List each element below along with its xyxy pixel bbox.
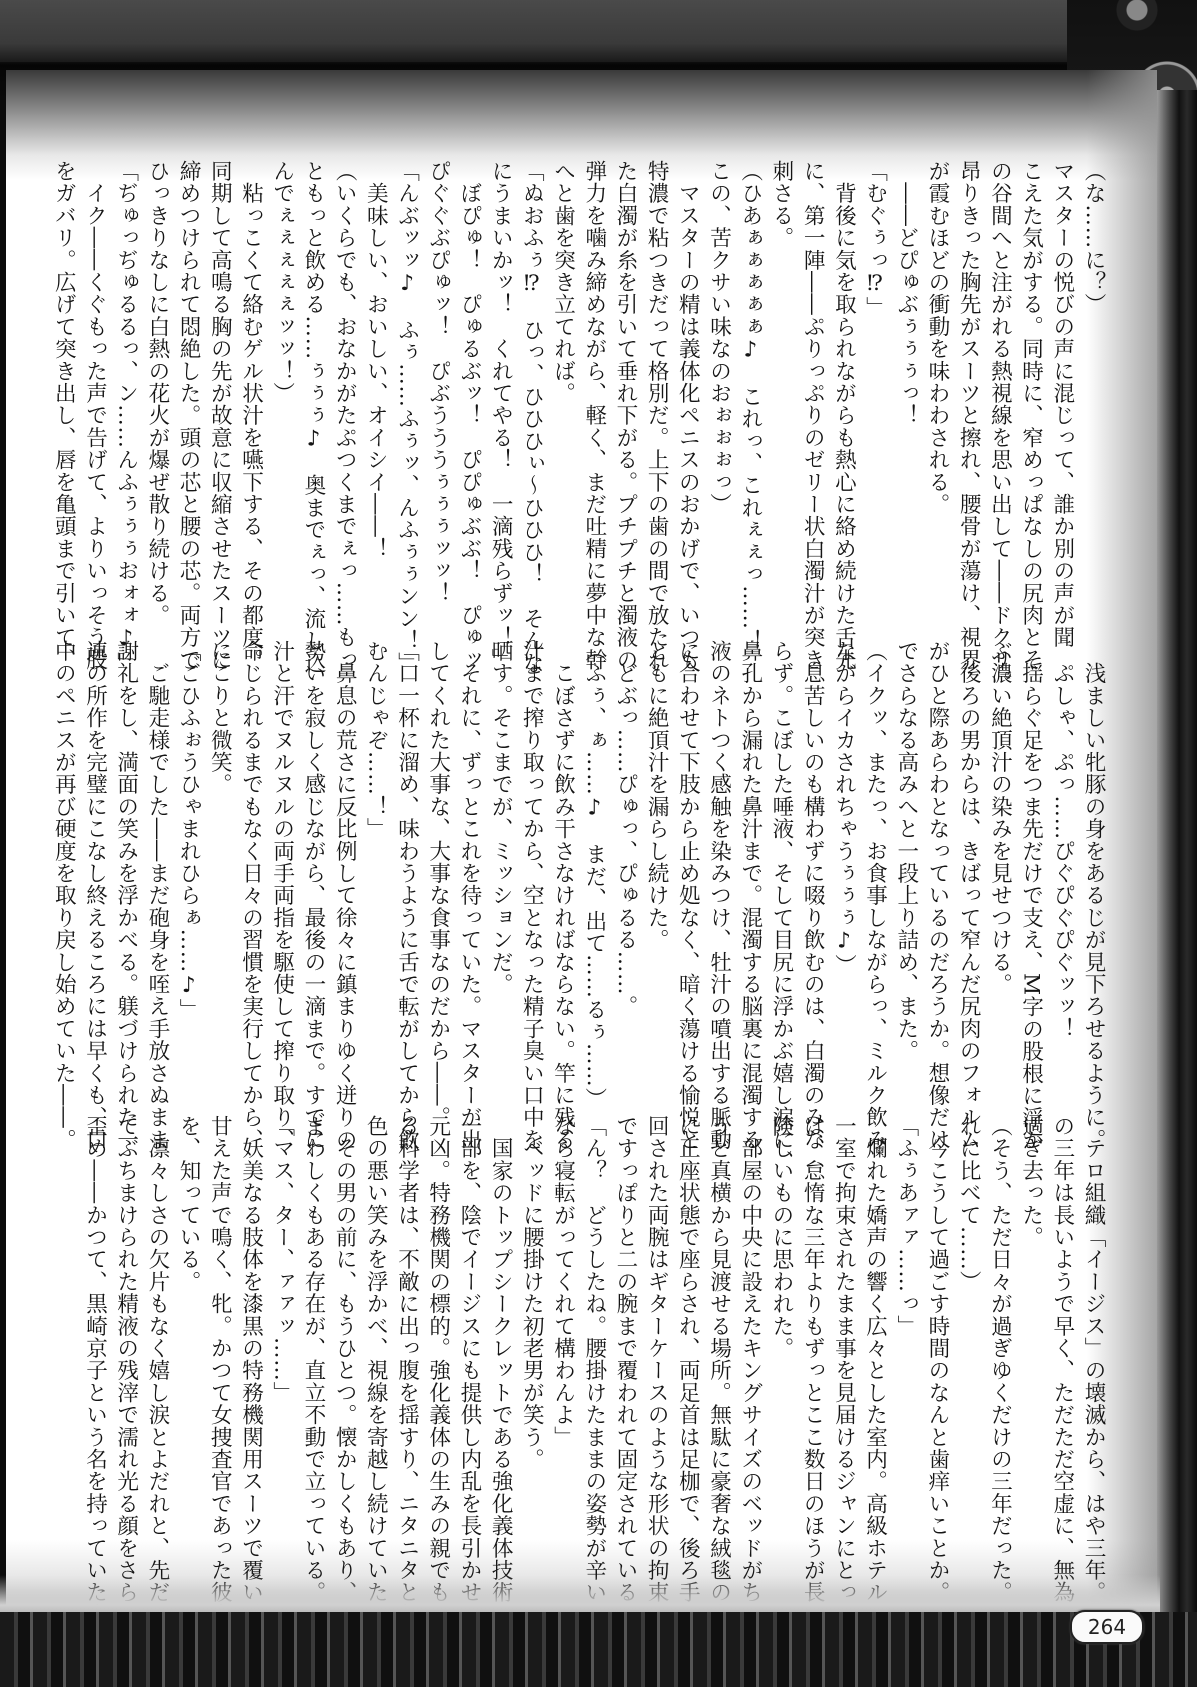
text-column: にうまいかッ！ くれてやる！ 一滴残らずッ！」 — [485, 160, 516, 590]
text-column: ぴぐぐぶぴゅッ！ ぴぶうううぅぅぅッッ！ — [423, 160, 454, 590]
text-column: テロ組織「イージス」の壊滅から、はや三年。そ — [1078, 1115, 1109, 1560]
text-column: を、知っている。 — [173, 1115, 204, 1560]
text-column: 液のネトつく感触を染みつけ、牡汁の噴出する脈動 — [703, 640, 734, 1070]
text-column: 謝礼をし、満面の笑みを浮かべる。躾づけられた一 — [111, 640, 142, 1070]
text-column: ぶ濃い絶頂汁の染みを見せつける。 — [984, 640, 1015, 1070]
text-column: ――どぴゅぶぅぅぅっ！ — [891, 160, 922, 590]
text-column: 汁まで搾り取ってから、空となった精子臭い口中を — [516, 640, 547, 1070]
text-column: 「ぬおふぅ⁉ ひっ、ひひひぃ～ひひひ！ そんな — [516, 160, 547, 590]
text-column: （ひあぁぁぁぁぁ♪ これっ、これぇぇっ……！ — [735, 160, 766, 590]
text-column: どぶっ……ぴゅっ、ぴゅるる……。 — [610, 640, 641, 1070]
text-column: 晒す。そこまでが、ミッションだ。 — [485, 640, 516, 1070]
text-column: こぼさずに飲み干さなければならない。竿に残る — [547, 640, 578, 1070]
text-column: 「ごひふぉうひゃまれひらぁ……♪」 — [173, 640, 204, 1070]
text-column: 昂りきった胸先がスーツと擦れ、腰骨が蕩け、視界 — [953, 160, 984, 590]
text-column: の谷間へと注がれる熱視線を思い出して――ドクリ。 — [984, 160, 1015, 590]
text-column: がひと際あらわとなっているのだろうか。想像だけ — [922, 640, 953, 1070]
text-column: 浅ましい牝豚の身をあるじが見下ろせるように。 — [1078, 640, 1109, 1070]
text-column: 元凶。特務機関の標的。強化義体の生みの親でもあ — [423, 1115, 454, 1560]
text-column: んでぇぇぇぇぇッッ！） — [267, 160, 298, 590]
text-column: をガバリ。広げて突き出し、唇を亀頭まで引いて、 — [48, 160, 79, 590]
text-column: 中のペニスが再び硬度を取り戻し始めていた――。 — [48, 640, 79, 1070]
text-column: ともっと飲める……ぅぅぅ♪ 奥までぇっ、流し込 — [298, 160, 329, 590]
text-column: （そう、ただ日々が過ぎゆくだけの三年だった。あ — [984, 1115, 1015, 1560]
text-column: 同期して高鳴る胸の先が故意に収縮させたスーツに — [204, 160, 235, 590]
text-column: （ふぅ、ぁ……♪ まだ、出て……るぅ……） — [579, 640, 610, 1070]
page-number-badge: 264 — [1070, 1610, 1144, 1644]
text-column: 凛々しさの欠片もなく嬉し涙とよだれと、先だっ — [142, 1115, 173, 1560]
text-column: てぶちまけられた精液の残滓で濡れ光る顔をさらに — [111, 1115, 142, 1560]
text-column: してくれた大事な、大事な食事なのだから――。 — [423, 640, 454, 1070]
text-column: の三年は長いようで早く、ただただ空虚に、無為に — [1047, 1115, 1078, 1560]
text-column: 「マス、ター、ァァッ……」 — [267, 1115, 298, 1560]
text-column: 今こうして過ごす時間のなんと歯痒いことか。 — [922, 1115, 953, 1560]
text-column: 色の悪い笑みを浮かべ、視線を寄越し続けていた。 — [360, 1115, 391, 1560]
text-column: 息苦しいのも構わずに啜り飲むのは、白濁のみな — [797, 640, 828, 1070]
text-column: た白濁が糸を引いて垂れ下がる。プチプチと濁液の — [610, 160, 641, 590]
text-column: は、怠惰な三年よりもずっとここ数日のほうが長く — [797, 1115, 828, 1560]
text-column: 「むぐぅっ⁉」 — [859, 160, 890, 590]
text-column: 「口一杯に溜め、味わうように舌で転がしてから飲 — [391, 640, 422, 1070]
text-column: が霞むほどの衝動を味わわされる。 — [922, 160, 953, 590]
decorative-frame-bottom — [0, 1612, 1197, 1687]
text-column: 連の所作を完璧にこなし終えるころには早くも、口 — [79, 640, 110, 1070]
text-column: らず。こぼした唾液、そして目尻に浮かぶ嬉し涙に、 — [766, 640, 797, 1070]
text-column: ながらイカされちゃうぅぅぅ♪） — [828, 640, 859, 1070]
text-column: 妖美なる肢体を漆黒の特務機関用スーツで覆い、 — [235, 1115, 266, 1560]
text-column: 弾力を噛み締めながら、軽く、まだ吐精に夢中な幹 — [579, 160, 610, 590]
text-column: 「ふぅあァァ……っ」 — [891, 1115, 922, 1560]
text-column: 回された両腕はギターケースのような形状の拘束具 — [641, 1115, 672, 1560]
text-column: 特濃で粘つきだって格別だ。上下の歯の間で放たれ — [641, 160, 672, 590]
text-column: （な……に？） — [1078, 160, 1109, 590]
text-column: 刺さる。 — [766, 160, 797, 590]
text-column: 「ん？ どうしたね。腰掛けたままの姿勢が辛いの — [579, 1115, 610, 1560]
text-column: 美味しい、おいしい、オイシイ――！ — [360, 160, 391, 590]
text-column: に合わせて下肢から止め処なく、暗く蕩ける愉悦と — [672, 640, 703, 1070]
text-column: マスターの精は義体化ペニスのおかげで、いつも — [672, 160, 703, 590]
text-column: ですっぽりと二の腕まで覆われて固定されている。 — [610, 1115, 641, 1560]
text-column: ご馳走様でした――まだ砲身を咥え手放さぬまま — [142, 640, 173, 1070]
text-column: 勢いを寂しく感じながら、最後の一滴まで。すでに — [298, 640, 329, 1070]
text-column: 背後に気を取られながらも熱心に絡め続けた舌先 — [828, 160, 859, 590]
text-column: なら寝転がってくれて構わんよ」 — [547, 1115, 578, 1560]
text-column: に、第一陣――ぷりっぷりのゼリー状白濁汁が突き — [797, 160, 828, 590]
text-column: 一部を、陰でイージスにも提供し内乱を長引かせた — [454, 1115, 485, 1560]
text-column: れに比べて……） — [953, 1115, 984, 1560]
text-column: 爛れた嬌声の響く広々とした室内。高級ホテルの — [859, 1115, 890, 1560]
decorative-frame-right — [1157, 90, 1197, 1650]
text-column: ぼぴゅ！ ぴゅるぶッ！ ぴぴゅぶぶ！ ぴゅッ — [454, 160, 485, 590]
text-column: この、苦クサい味なのおぉぉぉっ） — [703, 160, 734, 590]
text-column: ぷしゃ、ぷっ……ぴぐぴぐぴぐッッ！ — [1047, 640, 1078, 1070]
text-column: イク――くぐもった声で告げて、よりいっそう股 — [79, 160, 110, 590]
text-column: る科学者は、不敵に出っ腹を揺すり、ニタニタと気 — [391, 1115, 422, 1560]
text-column: 部屋の中央に設えたキングサイズのベッドがちょ — [735, 1115, 766, 1560]
text-column: 国家のトップシークレットである強化義体技術の — [485, 1115, 516, 1560]
text-band-middle: 浅ましい牝豚の身をあるじが見下ろせるように。 ぷしゃ、ぷっ……ぴぐぴぐぴぐッッ！… — [109, 640, 1109, 1070]
text-column: 険しいものに思われた。 — [766, 1115, 797, 1560]
text-column: 鼻息の荒さに反比例して徐々に鎮まりゆく迸りの — [329, 640, 360, 1070]
frame-top-panel — [0, 0, 1090, 62]
text-column: こえた気がする。同時に、窄めっぱなしの尻肉とそ — [1015, 160, 1046, 590]
text-column: 過ぎ去った。 — [1015, 1115, 1046, 1560]
text-column: 鼻孔から漏れた鼻汁まで。混濁する脳裏に混濁する — [735, 640, 766, 1070]
text-column: マスターの悦びの声に混じって、誰か別の声が聞 — [1047, 160, 1078, 590]
text-column: でさらなる高みへと一段上り詰め、また。 — [891, 640, 922, 1070]
text-column: にこりと微笑。 — [204, 640, 235, 1070]
text-column: 歪め――かつて、黒崎京子という名を持っていた肉 — [79, 1115, 110, 1560]
text-column: その男の前に、もうひとつ。懐かしくもあり、忌 — [329, 1115, 360, 1560]
text-band-top: （な……に？）マスターの悦びの声に混じって、誰か別の声が聞こえた気がする。同時に… — [109, 160, 1109, 590]
text-column: 後ろの男からは、きばって窄んだ尻肉のフォルム — [953, 640, 984, 1070]
text-column: へと歯を突き立てれば。 — [547, 160, 578, 590]
text-column: 汁と汗でヌルヌルの両手両指を駆使して搾り取り、 — [267, 640, 298, 1070]
text-column: むんじゃぞ……！」 — [360, 640, 391, 1070]
text-column: （イクッ、またっ、お食事しながらっ、ミルク飲み — [859, 640, 890, 1070]
text-column: 「ぢゅっぢゅるるっ、ン……んふぅぅぅおォォ♪」 — [111, 160, 142, 590]
text-column: 一室で拘束されたまま事を見届けるジャンにとって — [828, 1115, 859, 1560]
text-column: （いくらでも、おなかがたぷつくまでぇっ……もっ — [329, 160, 360, 590]
text-column: 揺らぐ足をつま先だけで支え、M字の股根に浮か — [1015, 640, 1046, 1070]
text-column: 命じられるまでもなく日々の習慣を実行してから、 — [235, 640, 266, 1070]
text-column: 締めつけられて悶絶した。頭の芯と腰の芯。両方で — [173, 160, 204, 590]
text-column: ひっきりなしに白熱の花火が爆ぜ散り続ける。 — [142, 160, 173, 590]
text-column: それに、ずっとこれを待っていた。マスターが出 — [454, 640, 485, 1070]
book-page: （な……に？）マスターの悦びの声に混じって、誰か別の声が聞こえた気がする。同時に… — [6, 70, 1157, 1625]
text-column: 甘えた声で鳴く、牝。かつて女捜査官であった彼女 — [204, 1115, 235, 1560]
text-column: うど真横から見渡せる場所。無駄に豪奢な絨毯の上 — [703, 1115, 734, 1560]
text-column: ともに絶頂汁を漏らし続けた。 — [641, 640, 672, 1070]
text-column: 粘っこくて絡むゲル状汁を嚥下する、その都度。 — [235, 160, 266, 590]
text-column: 「んぶッッ♪ ふぅ……ふぅッ、んふぅぅンン！」 — [391, 160, 422, 590]
text-column: まわしくもある存在が、直立不動で立っている。 — [298, 1115, 329, 1560]
text-band-bottom: テロ組織「イージス」の壊滅から、はや三年。その三年は長いようで早く、ただただ空虚… — [109, 1115, 1109, 1560]
text-column: ベッドに腰掛けた初老男が笑う。 — [516, 1115, 547, 1560]
text-column: に正座状態で座らされ、両足首は足枷で、後ろ手に — [672, 1115, 703, 1560]
